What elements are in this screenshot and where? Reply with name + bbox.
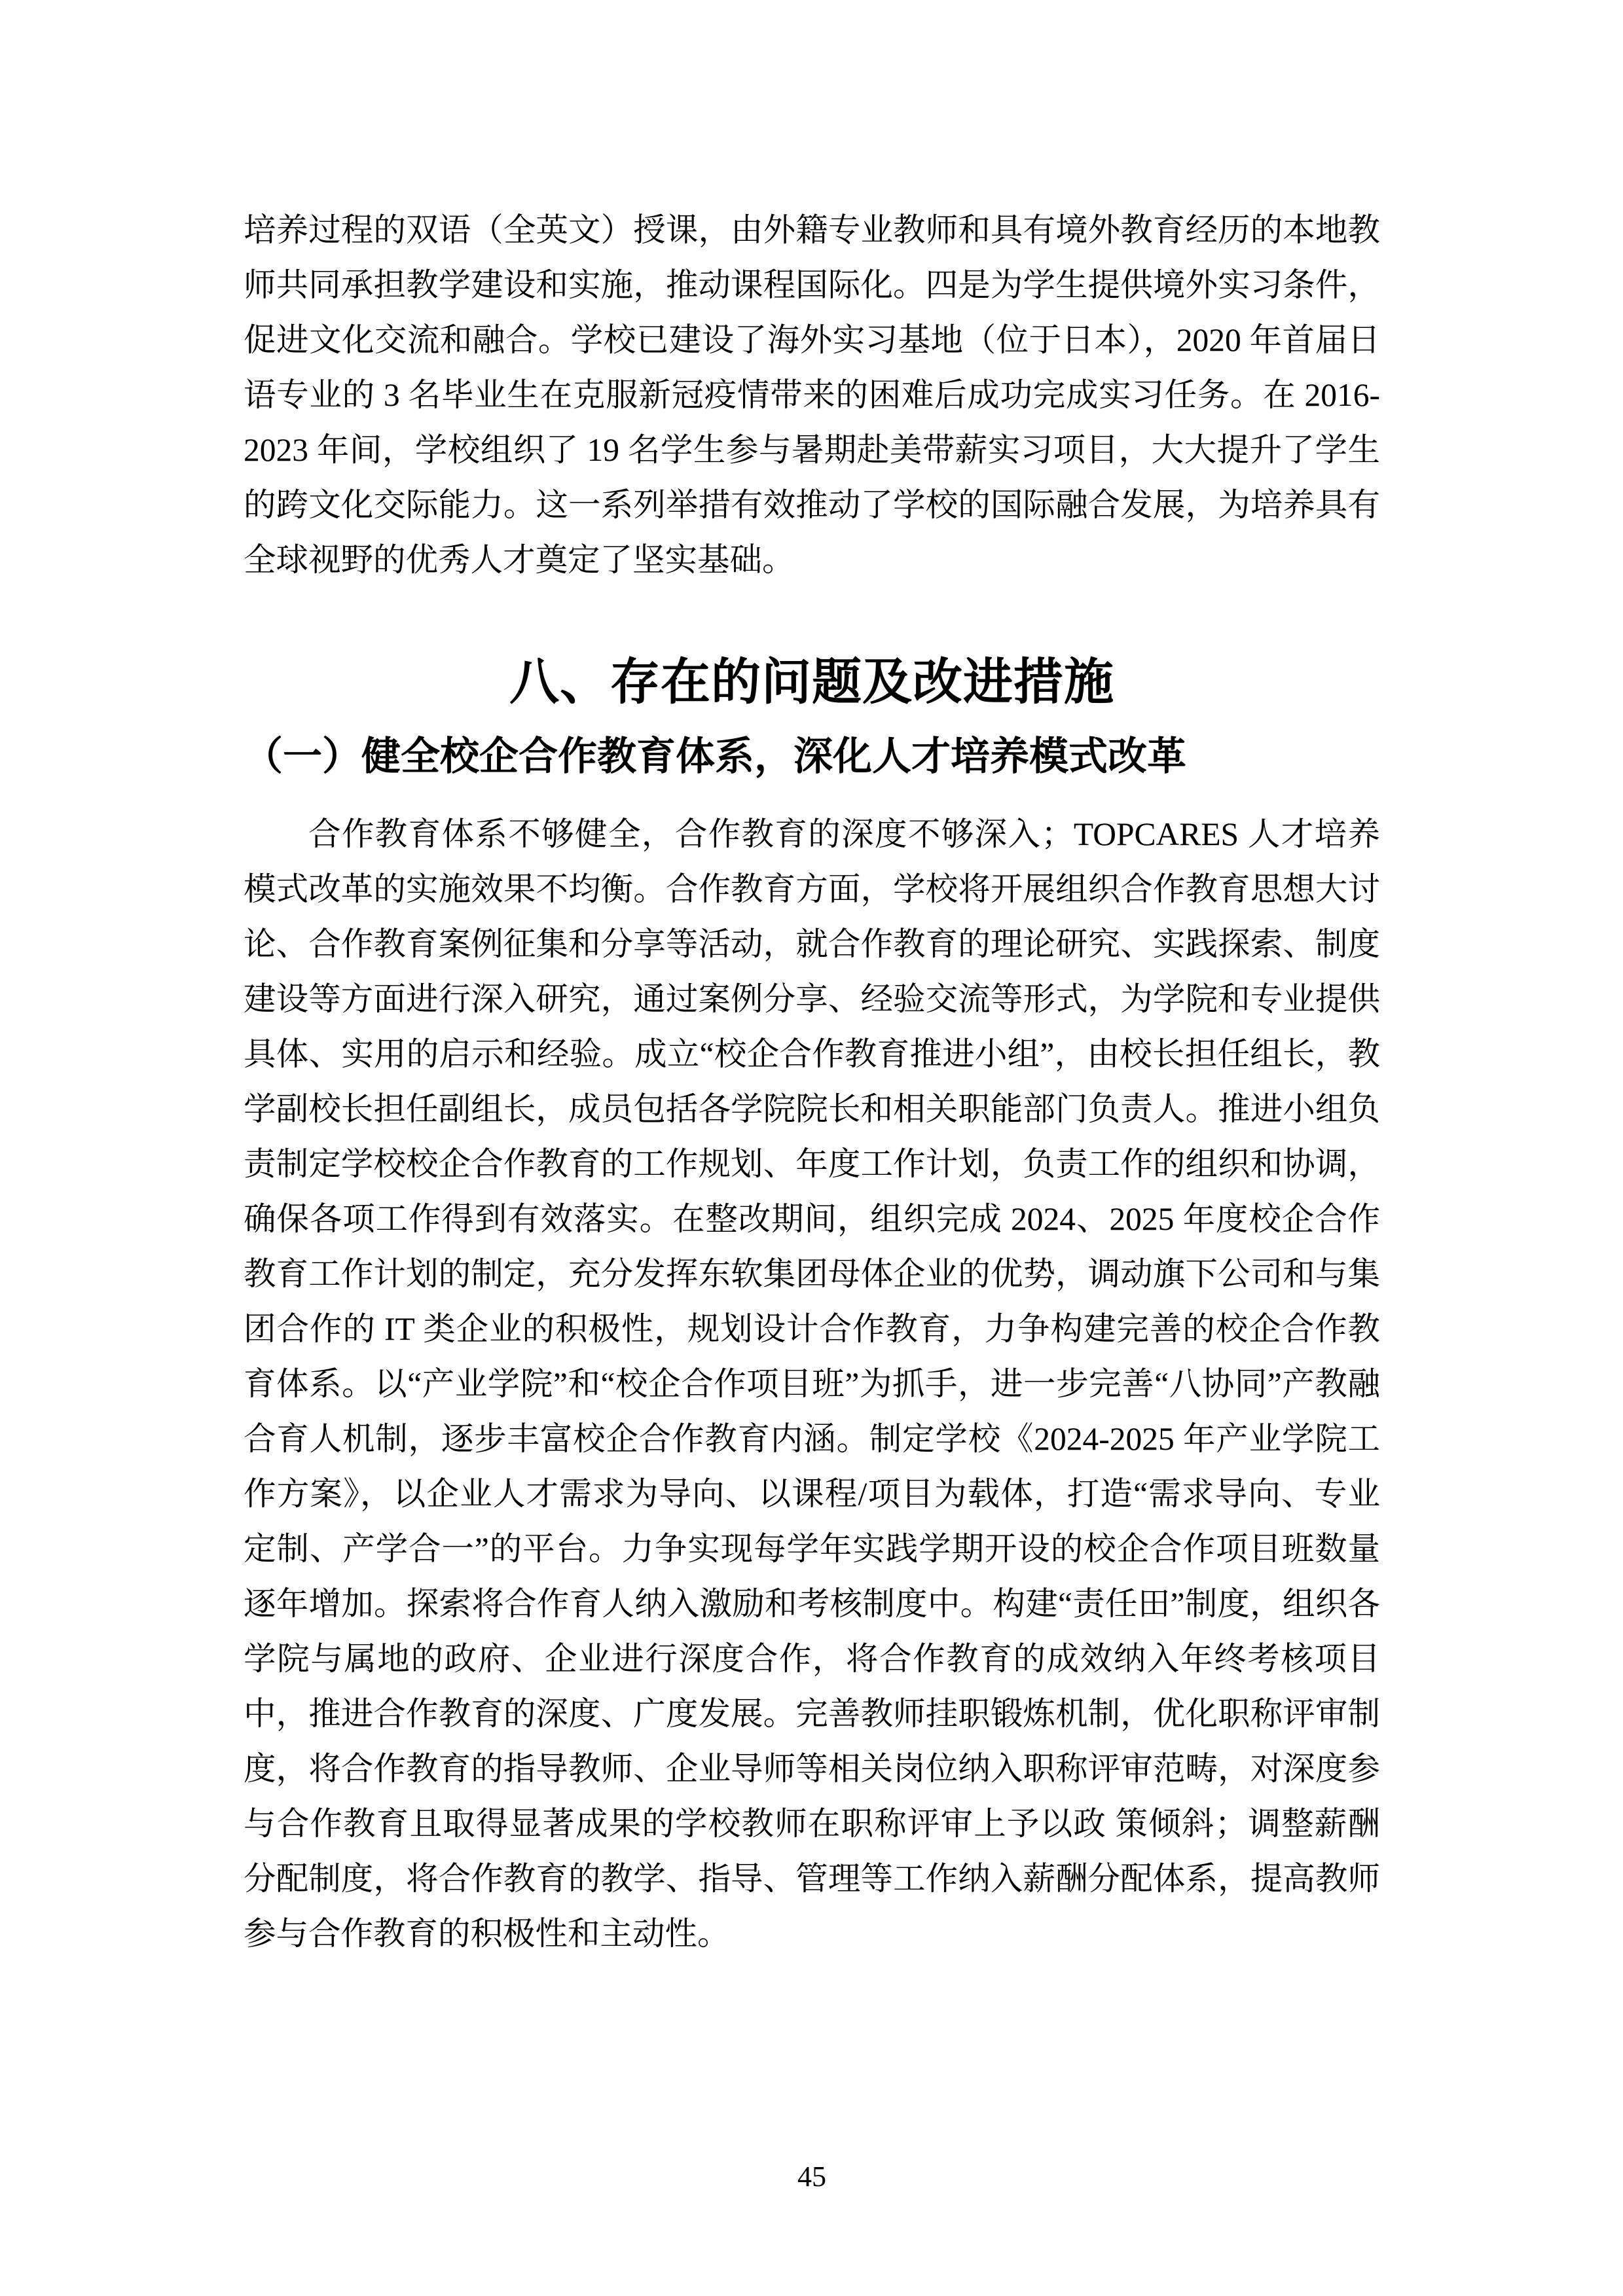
page-content: 培养过程的双语（全英文）授课，由外籍专业教师和具有境外教育经历的本地教师共同承担… xyxy=(0,0,1623,1962)
subsection-heading: （一）健全校企合作教育体系，深化人才培养模式改革 xyxy=(244,727,1380,786)
section-paragraph: 合作教育体系不够健全，合作教育的深度不够深入；TOPCARES 人才培养模式改革… xyxy=(244,807,1380,1962)
page-footer: 45 xyxy=(244,2157,1380,2197)
intro-paragraph: 培养过程的双语（全英文）授课，由外籍专业教师和具有境外教育经历的本地教师共同承担… xyxy=(244,203,1380,588)
section-heading: 八、存在的问题及改进措施 xyxy=(244,647,1380,719)
page-number: 45 xyxy=(797,2161,826,2193)
document-page: 培养过程的双语（全英文）授课，由外籍专业教师和具有境外教育经历的本地教师共同承担… xyxy=(0,0,1623,2296)
